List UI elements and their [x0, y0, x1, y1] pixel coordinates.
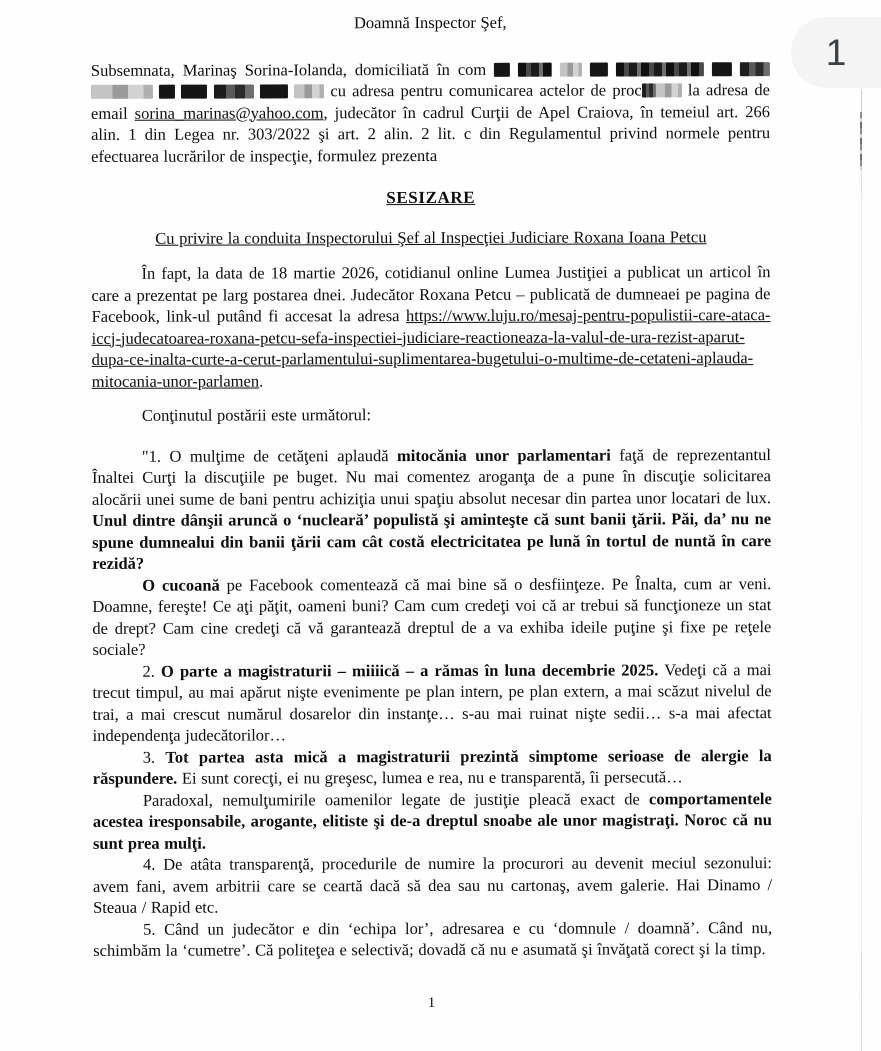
post-point-1: "1. O mulţime de cetăţeni aplaudă mitocă…	[92, 444, 771, 575]
salutation: Doamnă Inspector Şef,	[91, 11, 770, 34]
content-intro-line: Conţinutul postării este următorul:	[92, 403, 771, 426]
post-point-5: 5. Când un judecător e din ‘echipa lor’,…	[93, 917, 772, 962]
intro-paragraph: Subsemnata, Marinaş Sorina-Iolanda, domi…	[91, 58, 770, 167]
email-link[interactable]: sorina_marinas@yahoo.com	[135, 103, 324, 122]
redacted-block	[616, 62, 704, 76]
facts-paragraph: În fapt, la data de 18 martie 2026, coti…	[91, 261, 770, 392]
redacted-block	[260, 84, 288, 98]
scanned-document-page: 1 Doamnă Inspector Şef, Subsemnata, Mari…	[0, 0, 881, 1051]
post-point-4: 4. De atâta transparenţă, procedurile de…	[93, 852, 772, 918]
post-point-2: 2. O parte a magistraturii – miiiică – a…	[92, 659, 771, 747]
redacted-block	[712, 62, 732, 76]
redacted-block	[590, 62, 608, 76]
article-link[interactable]: https://www.luju.ro/mesaj-pentru-populis…	[92, 305, 771, 390]
text-segment: O cucoană	[142, 575, 220, 594]
redacted-block	[214, 84, 254, 98]
redacted-block	[294, 84, 324, 98]
redacted-block	[518, 62, 552, 76]
scan-edge-mark	[860, 112, 862, 170]
page-badge-number: 1	[826, 32, 847, 74]
redacted-block	[181, 85, 207, 99]
redacted-block	[159, 85, 175, 99]
page-thumbnail-badge: 1	[791, 17, 881, 88]
redacted-block	[642, 83, 656, 97]
redacted-block	[656, 83, 682, 97]
post-point-1b: O cucoană pe Facebook comentează că mai …	[92, 573, 771, 661]
document-body: Doamnă Inspector Şef, Subsemnata, Marina…	[91, 11, 772, 961]
text-segment: Unul dintre dânşii aruncă o ‘nucleară’ p…	[92, 509, 771, 573]
text-segment: Tot partea asta mică a magistraturii pre…	[93, 746, 772, 788]
scan-edge-line	[861, 90, 862, 1051]
text-segment: mitocănia unor parlamentari	[397, 445, 611, 465]
redacted-block	[560, 62, 582, 76]
redacted-block	[494, 62, 510, 76]
subject-line: Cu privire la conduita Inspectorului Şef…	[91, 226, 770, 249]
redacted-block	[740, 62, 770, 76]
text-segment: O parte a magistraturii – miiiică – a ră…	[161, 660, 658, 680]
post-point-3: 3. Tot partea asta mică a magistraturii …	[93, 745, 772, 790]
text-segment: comportamentele acestea iresponsabile, a…	[93, 789, 772, 853]
post-point-3b: Paradoxal, nemulţumirile oamenilor legat…	[93, 788, 772, 854]
redacted-block	[91, 85, 153, 99]
footer-page-number: 1	[92, 995, 771, 1012]
document-title: SESIZARE	[91, 186, 770, 209]
